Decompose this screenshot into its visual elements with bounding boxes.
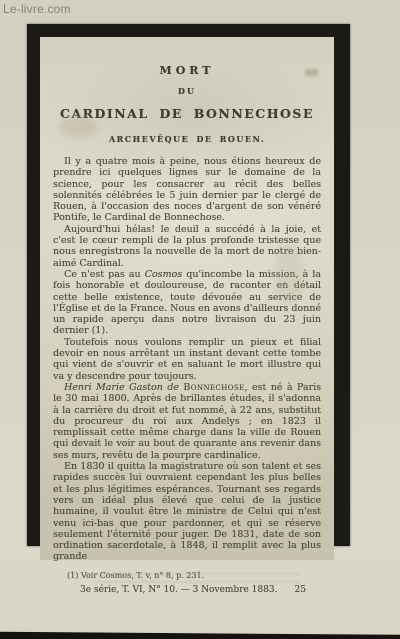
scan-background: Le-livre.com MORT DU CARDINAL DE BONNECH…: [0, 0, 400, 639]
show-through-smudge: [95, 573, 300, 587]
paper-stain: [274, 244, 304, 304]
paragraph: Toutefois nous voulons remplir un pieux …: [53, 337, 321, 382]
article-title-line1: MORT: [40, 64, 334, 77]
paragraph: Il y a quatre mois à peine, nous étions …: [53, 156, 321, 224]
article-body: Il y a quatre mois à peine, nous étions …: [53, 156, 321, 563]
page-frame: MORT DU CARDINAL DE BONNECHOSE ARCHEVÊQU…: [27, 24, 350, 546]
book-page: MORT DU CARDINAL DE BONNECHOSE ARCHEVÊQU…: [40, 64, 334, 560]
paragraph: Henri Marie Gaston de Bonnechose, est né…: [53, 382, 321, 461]
photo-edge-strip: [0, 629, 400, 639]
show-through-mark: [305, 69, 318, 76]
paper-stain: [58, 116, 98, 138]
article-title-line2: DU: [40, 86, 334, 96]
watermark-text: Le-livre.com: [3, 2, 71, 16]
paragraph: En 1830 il quitta la magistrature où son…: [53, 461, 321, 563]
